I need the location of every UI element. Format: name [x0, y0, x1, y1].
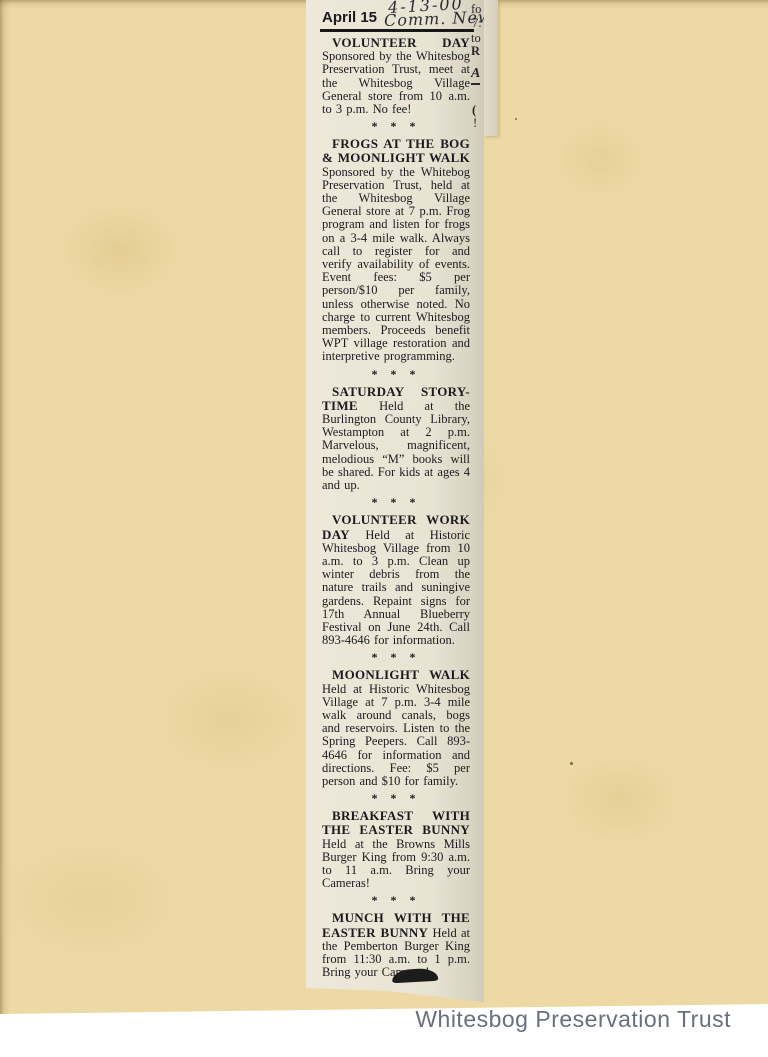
event-section-storytime: SATURDAY STORY-TIME Held at the Burlingt… [322, 385, 470, 493]
section-body: Held at Historic Whitesbog Village at 7 … [322, 682, 470, 788]
section-separator: * * * [322, 893, 470, 908]
edge-fragment: fo [471, 2, 481, 17]
event-section-frogs-moonlight: FROGS AT THE BOG & MOONLIGHT WALK Sponso… [322, 137, 470, 363]
paper-speck [570, 762, 573, 765]
section-body: Sponsored by the Whitebog Preservation T… [322, 165, 470, 364]
clipping-column: April 15 4-13-00 Comm. News VOLUNTEER DA… [322, 0, 470, 981]
edge-fragment: 7: [472, 16, 482, 31]
printed-date-label: April 15 [322, 9, 377, 26]
section-body: Held at the Browns Mills Burger King fro… [322, 837, 470, 891]
section-title: FROGS AT THE BOG & MOONLIGHT WALK [322, 136, 470, 165]
event-section-moonlight-walk: MOONLIGHT WALK Held at Historic Whitesbo… [322, 668, 470, 788]
section-separator: * * * [322, 791, 470, 806]
section-separator: * * * [322, 119, 470, 134]
edge-fragment: A [471, 66, 480, 85]
event-section-breakfast-bunny: BREAKFAST WITH THE EASTER BUNNY Held at … [322, 809, 470, 890]
section-title: MOONLIGHT WALK [332, 667, 470, 682]
paper-speck [515, 118, 517, 120]
section-body: Held at the Burlington County Library, W… [322, 399, 470, 492]
section-separator: * * * [322, 650, 470, 665]
section-body: Sponsored by the Whitesbog Preservation … [322, 49, 470, 116]
edge-fragment: ! [473, 116, 477, 131]
watermark-text: Whitesbog Preservation Trust [415, 1006, 731, 1033]
edge-fragment: R [471, 44, 480, 59]
section-title: VOLUNTEER DAY [332, 35, 470, 50]
section-separator: * * * [322, 367, 470, 382]
event-section-volunteer-work-day: VOLUNTEER WORK DAY Held at Historic Whit… [322, 513, 470, 647]
clipping-header: April 15 4-13-00 Comm. News [322, 0, 470, 36]
section-title: BREAKFAST WITH THE EASTER BUNNY [322, 808, 470, 837]
event-section-volunteer-day: VOLUNTEER DAY Sponsored by the Whitesbog… [322, 36, 470, 116]
clipping-edge-sliver [484, 0, 498, 136]
section-body: Held at Historic Whitesbog Village from … [322, 528, 470, 648]
news-clipping: April 15 4-13-00 Comm. News VOLUNTEER DA… [306, 0, 484, 1002]
header-rule [320, 29, 474, 32]
event-section-munch-bunny: MUNCH WITH THE EASTER BUNNY Held at the … [322, 911, 470, 979]
section-separator: * * * [322, 495, 470, 510]
